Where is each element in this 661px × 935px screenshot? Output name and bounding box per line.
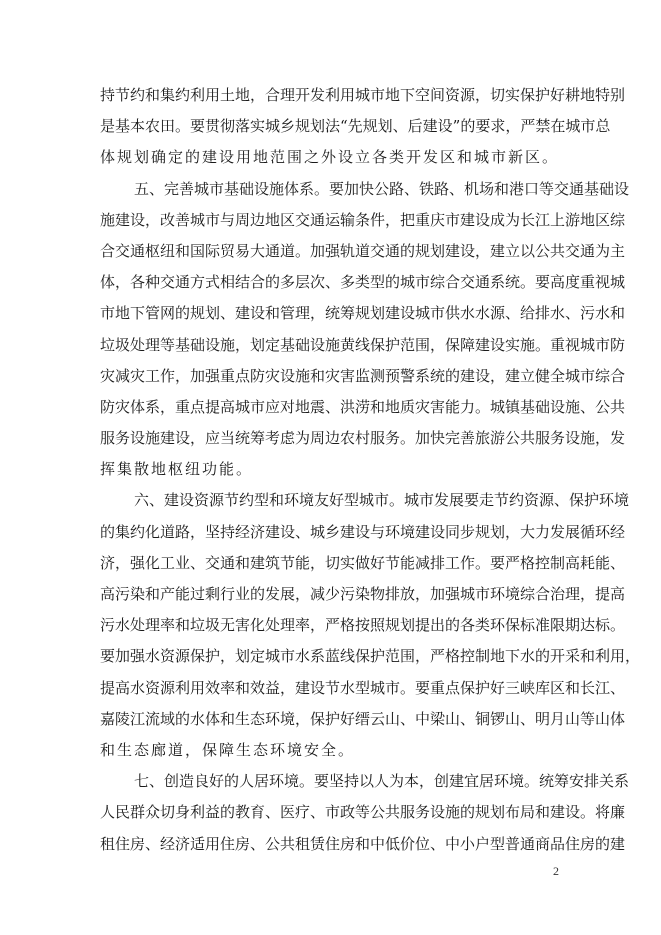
- text-line: 要加强水资源保护，划定城市水系蓝线保护范围，严格控制地下水的开采和利用，: [100, 641, 562, 672]
- text-line: 嘉陵江流域的水体和生态环境，保护好缙云山、中梁山、铜锣山、明月山等山体: [100, 704, 562, 735]
- page-number: 2: [553, 864, 559, 879]
- section-seven-heading-line: 七、创造良好的人居环境。要坚持以人为本，创建宜居环境。统筹安排关系: [100, 766, 562, 797]
- text-line: 济，强化工业、交通和建筑节能，切实做好节能减排工作。要严格控制高耗能、: [100, 548, 562, 579]
- document-page: 持节约和集约利用土地，合理开发利用城市地下空间资源，切实保护好耕地特别 是基本农…: [0, 0, 661, 935]
- text-line: 施建设，改善城市与周边地区交通运输条件，把重庆市建设成为长江上游地区综: [100, 205, 562, 236]
- text-line: 高污染和产能过剩行业的发展，减少污染物排放，加强城市环境综合治理，提高: [100, 579, 562, 610]
- text-line: 提高水资源利用效率和效益，建设节水型城市。要重点保护好三峡库区和长江、: [100, 673, 562, 704]
- section-six-heading-line: 六、建设资源节约型和环境友好型城市。城市发展要走节约资源、保护环境: [100, 485, 562, 516]
- text-line: 和生态廊道，保障生态环境安全。: [100, 735, 562, 766]
- text-line: 服务设施建设，应当统筹考虑为周边农村服务。加快完善旅游公共服务设施，发: [100, 423, 562, 454]
- text-line: 人民群众切身利益的教育、医疗、市政等公共服务设施的规划布局和建设。将廉: [100, 797, 562, 828]
- text-line: 防灾体系，重点提高城市应对地震、洪涝和地质灾害能力。城镇基础设施、公共: [100, 392, 562, 423]
- text-line: 租住房、经济适用住房、公共租赁住房和中低价位、中小户型普通商品住房的建: [100, 829, 562, 860]
- text-line: 体，各种交通方式相结合的多层次、多类型的城市综合交通系统。要高度重视城: [100, 267, 562, 298]
- text-line: 是基本农田。要贯彻落实城乡规划法“先规划、后建设”的要求，严禁在城市总: [100, 111, 562, 142]
- text-line: 污水处理率和垃圾无害化处理率，严格按照规划提出的各类环保标准限期达标。: [100, 610, 562, 641]
- text-line: 体规划确定的建设用地范围之外设立各类开发区和城市新区。: [100, 142, 562, 173]
- body-text: 持节约和集约利用土地，合理开发利用城市地下空间资源，切实保护好耕地特别 是基本农…: [100, 80, 562, 860]
- text-line: 挥集散地枢纽功能。: [100, 454, 562, 485]
- text-line: 垃圾处理等基础设施，划定基础设施黄线保护范围，保障建设实施。重视城市防: [100, 330, 562, 361]
- text-line: 的集约化道路，坚持经济建设、城乡建设与环境建设同步规划，大力发展循环经: [100, 517, 562, 548]
- section-five-heading-line: 五、完善城市基础设施体系。要加快公路、铁路、机场和港口等交通基础设: [100, 174, 562, 205]
- text-line: 灾减灾工作，加强重点防灾设施和灾害监测预警系统的建设，建立健全城市综合: [100, 361, 562, 392]
- text-line: 市地下管网的规划、建设和管理，统筹规划建设城市供水水源、给排水、污水和: [100, 298, 562, 329]
- text-line: 持节约和集约利用土地，合理开发利用城市地下空间资源，切实保护好耕地特别: [100, 80, 562, 111]
- text-line: 合交通枢纽和国际贸易大通道。加强轨道交通的规划建设，建立以公共交通为主: [100, 236, 562, 267]
